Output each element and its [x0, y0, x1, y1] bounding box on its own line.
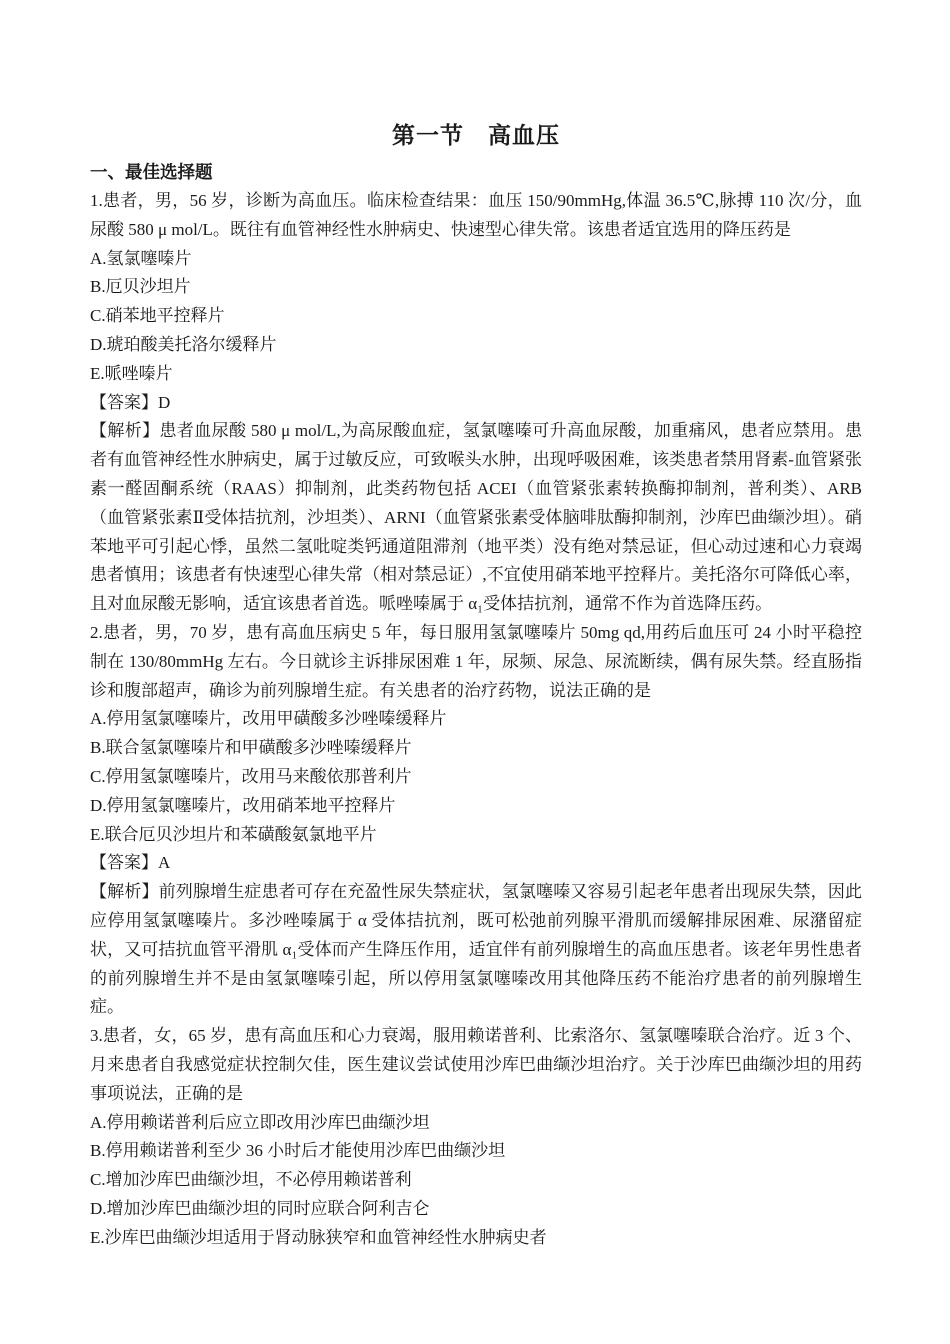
question-1-option-c: C.硝苯地平控释片 [90, 302, 862, 331]
question-1-answer: 【答案】D [90, 389, 862, 418]
question-2-answer: 【答案】A [90, 849, 862, 878]
question-3-option-e: E.沙库巴曲缬沙坦适用于肾动脉狭窄和血管神经性水肿病史者 [90, 1224, 862, 1253]
question-3-option-a: A.停用赖诺普利后应立即改用沙库巴曲缬沙坦 [90, 1109, 862, 1138]
question-1-option-b: B.厄贝沙坦片 [90, 273, 862, 302]
question-2-option-b: B.联合氢氯噻嗪片和甲磺酸多沙唑嗪缓释片 [90, 734, 862, 763]
question-3-option-c: C.增加沙库巴曲缬沙坦，不必停用赖诺普利 [90, 1166, 862, 1195]
page-title: 第一节 高血压 [90, 120, 862, 152]
question-1-stem: 1.患者，男，56 岁，诊断为高血压。临床检查结果：血压 150/90mmHg,… [90, 187, 862, 245]
document-page: 第一节 高血压 一、最佳选择题 1.患者，男，56 岁，诊断为高血压。临床检查结… [0, 0, 950, 1344]
question-3-option-d: D.增加沙库巴曲缬沙坦的同时应联合阿利吉仑 [90, 1195, 862, 1224]
question-1-option-a: A.氢氯噻嗪片 [90, 245, 862, 274]
question-1-option-e: E.哌唑嗪片 [90, 360, 862, 389]
question-2-option-d: D.停用氢氯噻嗪片，改用硝苯地平控释片 [90, 792, 862, 821]
question-1-option-d: D.琥珀酸美托洛尔缓释片 [90, 331, 862, 360]
question-3-option-b: B.停用赖诺普利至少 36 小时后才能使用沙库巴曲缬沙坦 [90, 1137, 862, 1166]
question-2-option-c: C.停用氢氯噻嗪片，改用马来酸依那普利片 [90, 763, 862, 792]
question-2-stem: 2.患者，男，70 岁，患有高血压病史 5 年，每日服用氢氯噻嗪片 50mg q… [90, 619, 862, 705]
question-3: 3.患者，女，65 岁，患有高血压和心力衰竭，服用赖诺普利、比索洛尔、氢氯噻嗪联… [90, 1022, 862, 1252]
question-1: 1.患者，男，56 岁，诊断为高血压。临床检查结果：血压 150/90mmHg,… [90, 187, 862, 619]
question-2-option-e: E.联合厄贝沙坦片和苯磺酸氨氯地平片 [90, 821, 862, 850]
question-2: 2.患者，男，70 岁，患有高血压病史 5 年，每日服用氢氯噻嗪片 50mg q… [90, 619, 862, 1022]
question-3-stem: 3.患者，女，65 岁，患有高血压和心力衰竭，服用赖诺普利、比索洛尔、氢氯噻嗪联… [90, 1022, 862, 1108]
question-2-option-a: A.停用氢氯噻嗪片，改用甲磺酸多沙唑嗪缓释片 [90, 705, 862, 734]
question-2-explanation: 【解析】前列腺增生症患者可存在充盈性尿失禁症状，氢氯噻嗪又容易引起老年患者出现尿… [90, 878, 862, 1022]
section-heading: 一、最佳选择题 [90, 158, 862, 187]
question-1-explanation: 【解析】患者血尿酸 580 μ mol/L,为高尿酸血症，氢氯噻嗪可升高血尿酸，… [90, 417, 862, 619]
